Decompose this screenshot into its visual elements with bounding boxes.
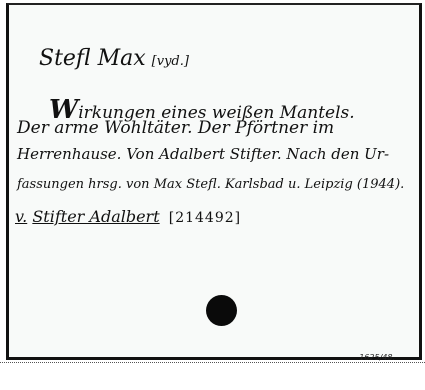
card-bottom-edge [0,362,425,363]
cross-reference: v. Stifter Adalbert [214492] [15,207,241,226]
xref-prefix: v. [15,207,27,226]
xref-author: Stifter Adalbert [32,207,159,226]
card-stamp: 1625/48. [359,353,395,362]
title-line-3: Herrenhause. Von Adalbert Stifter. Nach … [17,145,389,163]
catalog-card: Stefl Max[vyd.] Wirkungen eines weißen M… [6,3,422,360]
title-line-2: Der arme Wohltäter. Der Pförtner im [17,118,334,138]
punch-hole [206,295,237,326]
title-line-4: fassungen hrsg. von Max Stefl. Karlsbad … [17,177,404,192]
xref-shelfmark: [214492] [169,210,241,226]
card-heading: Stefl Max[vyd.] [39,42,189,72]
heading-role-tag: [vyd.] [152,54,189,69]
heading-name: Stefl Max [39,46,146,71]
